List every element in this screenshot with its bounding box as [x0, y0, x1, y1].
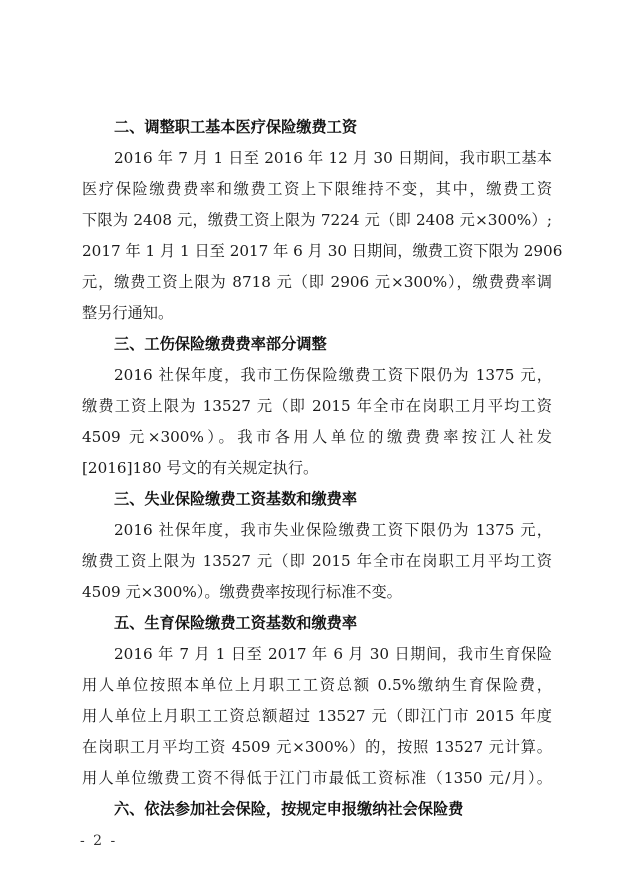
paragraph-line: 下限为 2408 元，缴费工资上限为 7224 元（即 2408 元×300%）…: [82, 210, 552, 230]
paragraph-line: 4509 元×300%）。我市各用人单位的缴费费率按江人社发: [82, 427, 552, 447]
paragraph-line: [2016]180 号文的有关规定执行。: [82, 458, 552, 478]
paragraph-line: 用人单位缴费工资不得低于江门市最低工资标准（1350 元/月）。: [82, 768, 552, 788]
paragraph-line: 4509 元×300%）。缴费费率按现行标准不变。: [82, 582, 552, 602]
page-number: - 2 -: [80, 833, 117, 849]
paragraph-line: 2016 年 7 月 1 日至 2017 年 6 月 30 日期间，我市生育保险: [114, 644, 552, 664]
paragraph-line: 2016 年 7 月 1 日至 2016 年 12 月 30 日期间，我市职工基…: [114, 148, 552, 168]
section-heading-unemployment-insurance: 三、失业保险缴费工资基数和缴费率: [114, 489, 357, 509]
section-heading-maternity-insurance: 五、生育保险缴费工资基数和缴费率: [114, 613, 357, 633]
section-heading-social-insurance-compliance: 六、依法参加社会保险，按规定申报缴纳社会保险费: [114, 799, 463, 819]
paragraph-line: 元，缴费工资上限为 8718 元（即 2906 元×300%），缴费费率调: [82, 272, 552, 292]
paragraph-line: 整另行通知。: [82, 303, 552, 323]
paragraph-line: 医疗保险缴费费率和缴费工资上下限维持不变，其中，缴费工资: [82, 179, 552, 199]
paragraph-line: 用人单位按照本单位上月职工工资总额 0.5%缴纳生育保险费，: [82, 675, 552, 695]
paragraph-line: 2016 社保年度，我市工伤保险缴费工资下限仍为 1375 元，: [114, 365, 552, 385]
paragraph-line: 用人单位上月职工工资总额超过 13527 元（即江门市 2015 年度: [82, 706, 552, 726]
section-heading-work-injury-insurance: 三、工伤保险缴费费率部分调整: [114, 334, 327, 354]
document-page: 二、调整职工基本医疗保险缴费工资 2016 年 7 月 1 日至 2016 年 …: [0, 0, 624, 893]
paragraph-line: 在岗职工月平均工资 4509 元×300%）的，按照 13527 元计算。: [82, 737, 552, 757]
paragraph-line: 缴费工资上限为 13527 元（即 2015 年全市在岗职工月平均工资: [82, 396, 552, 416]
paragraph-line: 2017 年 1 月 1 日至 2017 年 6 月 30 日期间，缴费工资下限…: [82, 241, 552, 261]
paragraph-line: 2016 社保年度，我市失业保险缴费工资下限仍为 1375 元，: [114, 520, 552, 540]
section-heading-medical-insurance: 二、调整职工基本医疗保险缴费工资: [114, 117, 357, 137]
paragraph-line: 缴费工资上限为 13527 元（即 2015 年全市在岗职工月平均工资: [82, 551, 552, 571]
